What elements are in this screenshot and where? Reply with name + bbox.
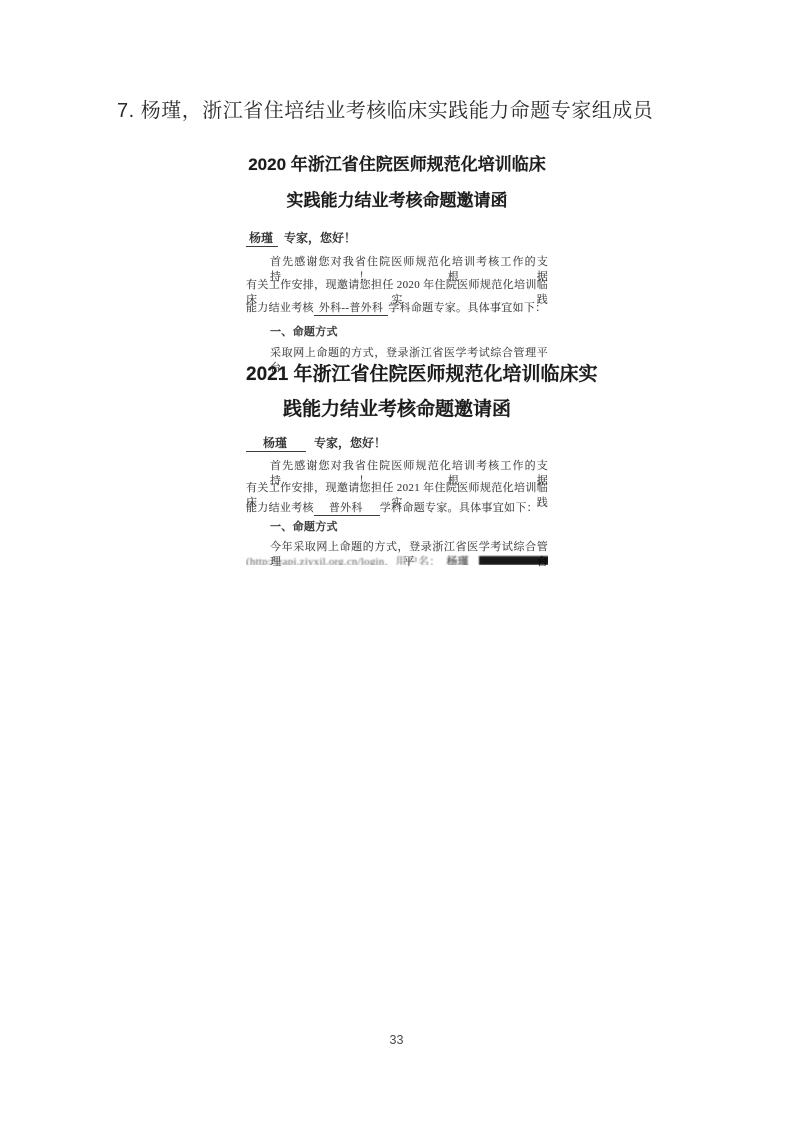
- salutation-text: 专家，您好！: [314, 436, 386, 450]
- body-line-3: 能力结业考核外科--普外科学科命题专家。具体事宜如下：: [246, 301, 548, 316]
- section-heading: 一、命题方式: [246, 520, 548, 535]
- document-page: 7. 杨瑾，浙江省住培结业考核临床实践能力命题专家组成员 2020 年浙江省住院…: [0, 0, 793, 1122]
- body-line-3-suffix: 学科命题专家。具体事宜如下：: [388, 302, 546, 314]
- body-line-3-prefix: 能力结业考核: [246, 502, 314, 514]
- list-item-heading: 7. 杨瑾，浙江省住培结业考核临床实践能力命题专家组成员: [117, 99, 653, 123]
- invitation-letter-2021-scan: 2021 年浙江省住院医师规范化培训临床实 践能力结业考核命题邀请函 杨瑾专家，…: [246, 363, 548, 573]
- salutation-name: 杨瑾: [246, 231, 278, 247]
- login-url-line: (http://zapj.zjyxjl.org.cn/login，用户名：杨瑾）: [246, 555, 548, 565]
- salutation-text: 专家，您好！: [284, 231, 356, 245]
- page-number: 33: [0, 1033, 793, 1047]
- username: 杨瑾: [446, 556, 468, 565]
- letter-title-line2: 践能力结业考核命题邀请函: [246, 398, 548, 422]
- discipline-underlined: 普外科: [314, 502, 380, 516]
- cropped-line-clip: (http://zapj.zjyxjl.org.cn/login，用户名：杨瑾）: [246, 555, 548, 565]
- salutation-name: 杨瑾: [246, 436, 306, 452]
- section-heading: 一、命题方式: [246, 325, 548, 340]
- salutation: 杨瑾专家，您好！: [246, 435, 548, 451]
- invitation-letter-2020-scan: 2020 年浙江省住院医师规范化培训临床 实践能力结业考核命题邀请函 杨瑾专家，…: [246, 150, 548, 364]
- letter-title-line1: 2021 年浙江省住院医师规范化培训临床实: [246, 363, 548, 387]
- discipline-underlined: 外科--普外科: [314, 302, 388, 316]
- letter-title-line1: 2020 年浙江省住院医师规范化培训临床: [246, 154, 548, 176]
- redaction-bar: [479, 556, 548, 565]
- body-line-3: 能力结业考核普外科学科命题专家。具体事宜如下：: [246, 501, 548, 516]
- letter-title-line2: 实践能力结业考核命题邀请函: [246, 190, 548, 212]
- body-line-3-prefix: 能力结业考核: [246, 302, 314, 314]
- body-line-3-suffix: 学科命题专家。具体事宜如下：: [380, 502, 538, 514]
- login-url-text: (http://zapj.zjyxjl.org.cn/login，用户名：: [246, 556, 440, 565]
- salutation: 杨瑾专家，您好！: [246, 230, 548, 246]
